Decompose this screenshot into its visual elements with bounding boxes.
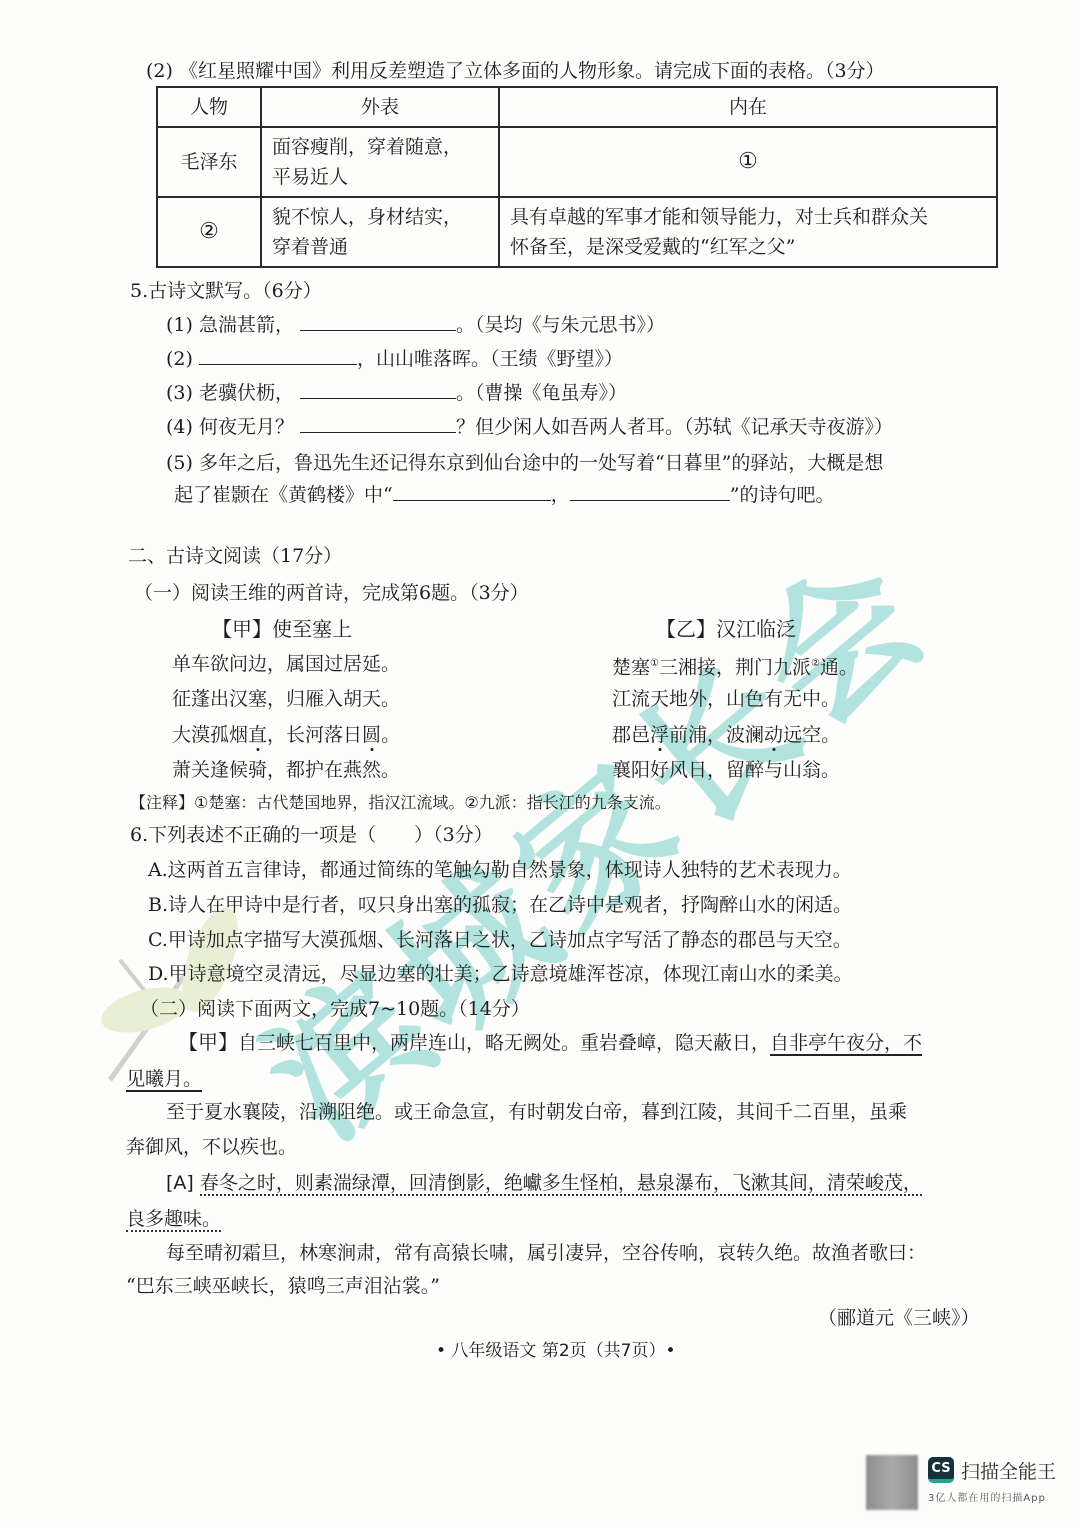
fill-blank[interactable] [570,482,730,501]
emphasis-char: 动 [764,724,783,746]
fill-blank[interactable] [300,380,456,399]
passage-a-p3: [A] 春冬之时，则素湍绿潭，回清倒影，绝巘多生怪柏，悬泉瀑布，飞漱其间，清荣峻… [166,1170,922,1196]
passage-a-p1: 【甲】自三峡七百里中，两岸连山，略无阙处。重岩叠嶂，隐天蔽日，自非亭午夜分，不 [178,1029,922,1056]
table-cell: 面容瘦削，穿着随意，平易近人 [261,127,499,197]
camscanner-logo-icon: CS [928,1457,954,1483]
blurred-thumbnail [866,1455,918,1510]
q5-item-3: (3) 老骥伏枥， 。（曹操《龟虽寿》） [166,380,627,406]
passage-a-p4-cont: “巴东三峡巫峡长，猿鸣三声泪沾裳。” [126,1273,440,1299]
table-header: 人物 [157,87,261,127]
table-row: ② 貌不惊人，身材结实，穿着普通 具有卓越的军事才能和领导能力，对士兵和群众关怀… [157,197,997,267]
poem-a-line: 单车欲问边，属国过居延。 [172,651,400,677]
page-footer: • 八年级语文 第2页（共7页）• [436,1338,676,1364]
passage-a-p4: 每至晴初霜旦，林寒涧肃，常有高猿长啸，属引凄异，空谷传响，哀转久绝。故渔者歌曰： [166,1240,926,1266]
part-2-title: （二）阅读下面两文，完成7~10题。（14分） [140,996,530,1022]
poem-a-title: 【甲】使至塞上 [212,616,352,642]
scanner-app-name: 扫描全能王 [961,1457,1056,1484]
table-header: 外表 [261,87,499,127]
emphasis-char: 浮 [650,724,669,746]
poem-a-line: 萧关逢候骑，都护在燕然。 [172,757,400,783]
part-1-title: （一）阅读王维的两首诗，完成第6题。（3分） [134,580,529,606]
q6-option-d[interactable]: D.甲诗意境空灵清远，尽显边塞的壮美；乙诗意境雄浑苍凉，体现江南山水的柔美。 [148,961,853,987]
fill-blank[interactable] [300,312,456,331]
q5-item-4: (4) 何夜无月？ ？但少闲人如吾两人者耳。（苏轼《记承天寺夜游》） [166,414,893,440]
table-header-row: 人物 外表 内在 [157,87,997,127]
passage-a-source: （郦道元《三峡》） [818,1305,980,1331]
emphasis-char: 直 [248,724,267,746]
poem-b-title: 【乙】汉江临泛 [656,616,796,642]
section-2-title: 二、古诗文阅读（17分） [128,543,342,569]
question-5-title: 5.古诗文默写。（6分） [130,278,322,304]
table-row: 毛泽东 面容瘦削，穿着随意，平易近人 ① [157,127,997,197]
q6-option-b[interactable]: B.诗人在甲诗中是行者，叹只身出塞的孤寂；在乙诗中是观者，抒陶醉山水的闲适。 [148,892,852,918]
poem-note: 【注释】①楚塞：古代楚国地界，指汉江流域。②九派：指长江的九条支流。 [130,790,671,816]
q6-option-c[interactable]: C.甲诗加点字描写大漠孤烟、长河落日之状，乙诗加点字写活了静态的郡邑与天空。 [148,927,852,953]
passage-a-p3-cont: 良多趣味。 [126,1206,221,1232]
poem-a-line: 征蓬出汉塞，归雁入胡天。 [172,686,400,712]
poem-b-line: 郡邑浮前浦，波澜动远空。 [612,722,840,748]
answer-blank-1[interactable]: ① [499,127,997,197]
table-cell: 具有卓越的军事才能和领导能力，对士兵和群众关怀备至，是深受爱戴的“红军之父” [499,197,997,267]
q5-item-5-line2: 起了崔颢在《黄鹤楼》中“，”的诗句吧。 [174,482,834,508]
q5-item-5-line1: (5) 多年之后，鲁迅先生还记得东京到仙台途中的一处写着“日暮里”的驿站，大概是… [166,450,883,476]
question-6-stem: 6.下列表述不正确的一项是（ ）（3分） [130,822,493,848]
question-4-2-prompt: (2) 《红星照耀中国》利用反差塑造了立体多面的人物形象。请完成下面的表格。（3… [146,58,885,84]
passage-a-p1-cont: 见曦月。 [126,1066,202,1092]
answer-blank-2[interactable]: ② [157,197,261,267]
q6-option-a[interactable]: A.这两首五言律诗，都通过简练的笔触勾勒自然景象，体现诗人独特的艺术表现力。 [148,857,852,883]
poem-a-line: 大漠孤烟直，长河落日圆。 [172,722,400,748]
table-header: 内在 [499,87,997,127]
character-table: 人物 外表 内在 毛泽东 面容瘦削，穿着随意，平易近人 ① ② 貌不惊人，身材结… [156,86,998,268]
poem-b-line: 楚塞①三湘接，荆门九派②通。 [612,651,858,680]
fill-blank[interactable] [393,482,551,501]
fill-blank[interactable] [300,414,456,433]
q5-item-2: (2) ，山山唯落晖。（王绩《野望》） [166,346,623,372]
emphasis-char: 圆 [362,724,381,746]
fill-blank[interactable] [199,346,357,365]
passage-a-p2: 至于夏水襄陵，沿溯阻绝。或王命急宣，有时朝发白帝，暮到江陵，其间千二百里，虽乘 [166,1099,907,1125]
scanner-app-badge: CS 扫描全能王 3亿人都在用的扫描App [866,1455,1076,1510]
table-cell: 貌不惊人，身材结实，穿着普通 [261,197,499,267]
q5-item-1: (1) 急湍甚箭， 。（吴均《与朱元思书》） [166,312,665,338]
poem-b-line: 江流天地外，山色有无中。 [612,686,840,712]
table-cell: 毛泽东 [157,127,261,197]
scanner-app-tagline: 3亿人都在用的扫描App [928,1489,1046,1504]
passage-a-p2-cont: 奔御风，不以疾也。 [126,1134,297,1160]
poem-b-line: 襄阳好风日，留醉与山翁。 [612,757,840,783]
